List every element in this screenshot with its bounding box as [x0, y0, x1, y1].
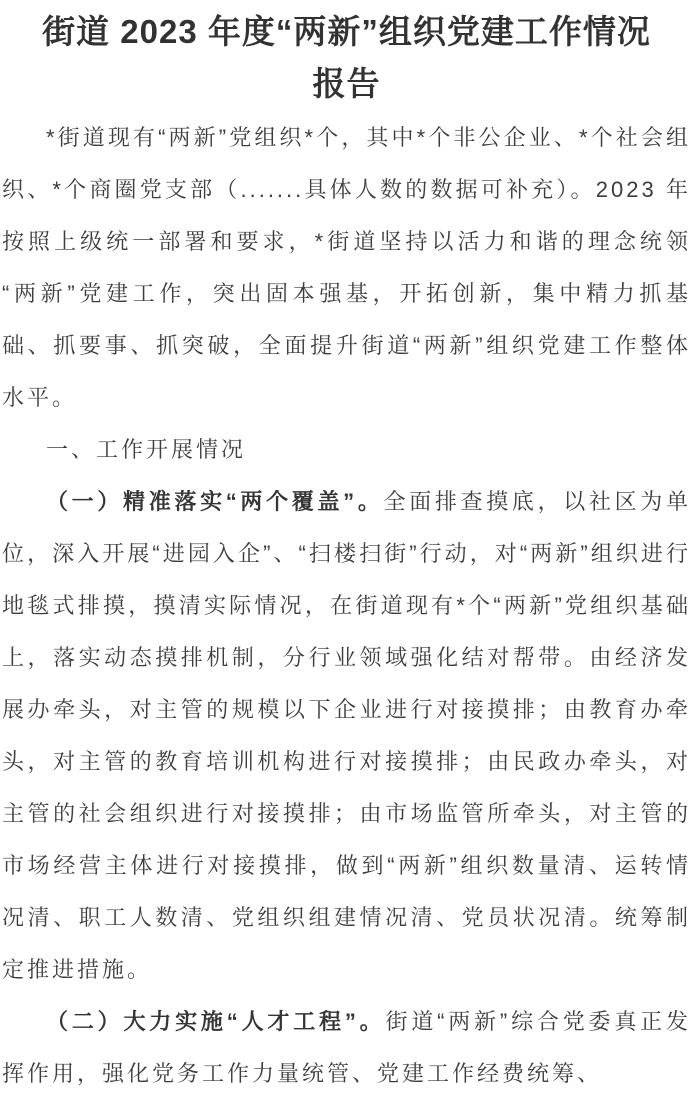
section-heading-1: 一、工作开展情况 — [2, 424, 691, 476]
text-run: 全面排查摸底，以社区为单位，深入开展“进园入企”、“扫楼扫街”行动，对“两新”组… — [2, 489, 691, 982]
document-body: *街道现有“两新”党组织*个，其中*个非公企业、*个社会组织、*个商圈党支部（.… — [2, 112, 691, 1097]
bold-text-run: （二）大力实施“人才工程”。 — [46, 1009, 386, 1034]
intro-paragraph: *街道现有“两新”党组织*个，其中*个非公企业、*个社会组织、*个商圈党支部（.… — [2, 112, 691, 424]
document-page: 街道 2023 年度“两新”组织党建工作情况报告 *街道现有“两新”党组织*个，… — [0, 0, 693, 1097]
subsection-2-paragraph: （二）大力实施“人才工程”。街道“两新”综合党委真正发挥作用，强化党务工作力量统… — [2, 996, 691, 1097]
text-run: *街道现有“两新”党组织*个，其中*个非公企业、*个社会组织、*个商圈党支部（.… — [2, 125, 691, 410]
text-run: 一、工作开展情况 — [46, 437, 246, 462]
subsection-1-paragraph: （一）精准落实“两个覆盖”。全面排查摸底，以社区为单位，深入开展“进园入企”、“… — [2, 476, 691, 996]
document-title: 街道 2023 年度“两新”组织党建工作情况报告 — [2, 6, 691, 110]
bold-text-run: （一）精准落实“两个覆盖”。 — [46, 489, 384, 514]
